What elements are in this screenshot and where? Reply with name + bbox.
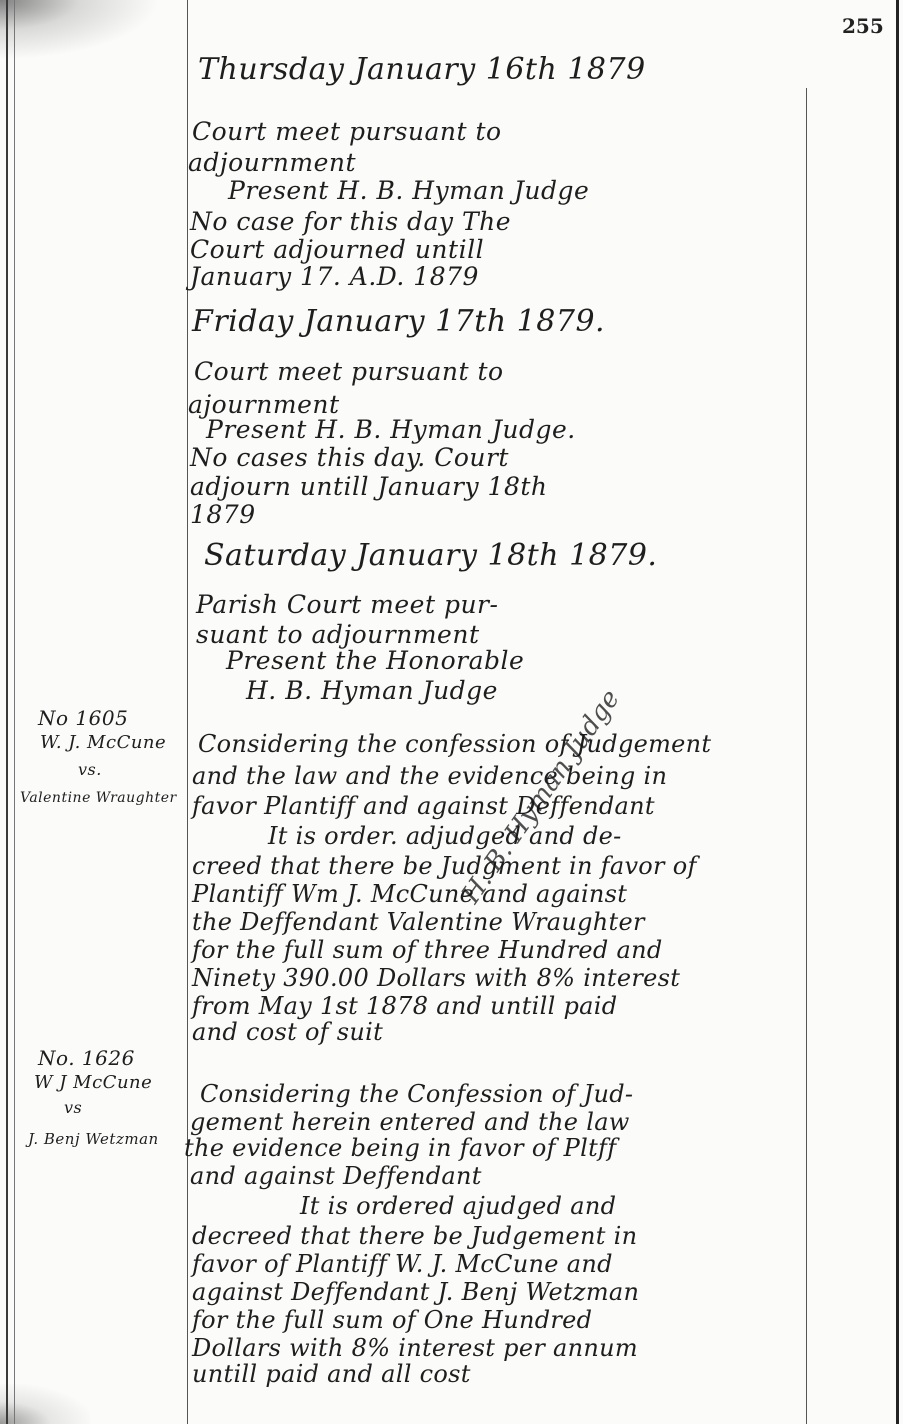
entry-line: Court meet pursuant to [194,357,504,386]
page-border-left-inner [14,0,15,1424]
case-versus: vs. [78,760,102,779]
entry-line: H. B. Hyman Judge [246,676,498,705]
entry-date-heading: Saturday January 18th 1879. [204,538,657,573]
case-line: for the full sum of three Hundred and [192,936,663,964]
entry-line: Court meet pursuant to [192,117,502,146]
entry-date-heading: Thursday January 16th 1879 [198,52,646,87]
case-line: gement herein entered and the law [190,1108,630,1136]
case-line: Ninety 390.00 Dollars with 8% interest [192,964,680,992]
entry-line: No cases this day. Court [190,443,509,472]
entry-line: No case for this day The [190,207,511,236]
case-plaintiff: W. J. McCune [40,732,166,753]
case-line: from May 1st 1878 and untill paid [192,992,617,1020]
case-line: the Deffendant Valentine Wraughter [192,908,645,936]
entry-line: suant to adjournment [196,620,480,649]
scan-shadow [0,0,160,60]
entry-line: Present H. B. Hyman Judge. [206,415,576,444]
ledger-page: 255 Thursday January 16th 1879 Court mee… [0,0,903,1424]
case-plaintiff: W J McCune [34,1072,152,1093]
case-line: for the full sum of One Hundred [192,1306,592,1334]
case-line: Dollars with 8% interest per annum [192,1334,638,1362]
case-line: and against Deffendant [190,1162,482,1190]
case-line: It is ordered ajudged and [300,1192,616,1220]
case-number: No. 1626 [38,1046,135,1070]
case-line: untill paid and all cost [192,1360,471,1388]
case-line: and cost of suit [192,1018,383,1046]
case-line: against Deffendant J. Benj Wetzman [192,1278,639,1306]
entry-line: Present the Honorable [226,646,524,675]
entry-line: 1879 [190,500,256,529]
case-line: favor of Plantiff W. J. McCune and [192,1250,613,1278]
right-column-rule [806,88,807,1424]
entry-line: Parish Court meet pur- [196,590,498,619]
page-border-left [6,0,8,1424]
entry-line: adjournment [188,148,356,177]
margin-rule [187,0,188,1424]
page-number: 255 [842,14,884,38]
case-defendant: J. Benj Wetzman [28,1130,159,1148]
entry-date-heading: Friday January 17th 1879. [192,304,605,339]
case-line: the evidence being in favor of Pltff [184,1134,616,1162]
case-line: creed that there be Judgment in favor of [192,852,697,880]
case-line: Considering the Confession of Jud- [200,1080,633,1108]
page-border-right [896,0,899,1424]
entry-line: January 17. A.D. 1879 [190,262,479,291]
entry-line: Court adjourned untill [190,235,484,264]
entry-line: adjourn untill January 18th [190,472,548,501]
case-line: decreed that there be Judgement in [192,1222,637,1250]
case-defendant: Valentine Wraughter [20,790,177,806]
case-versus: vs [64,1098,82,1117]
case-number: No 1605 [38,706,128,730]
entry-line: Present H. B. Hyman Judge [228,176,589,205]
